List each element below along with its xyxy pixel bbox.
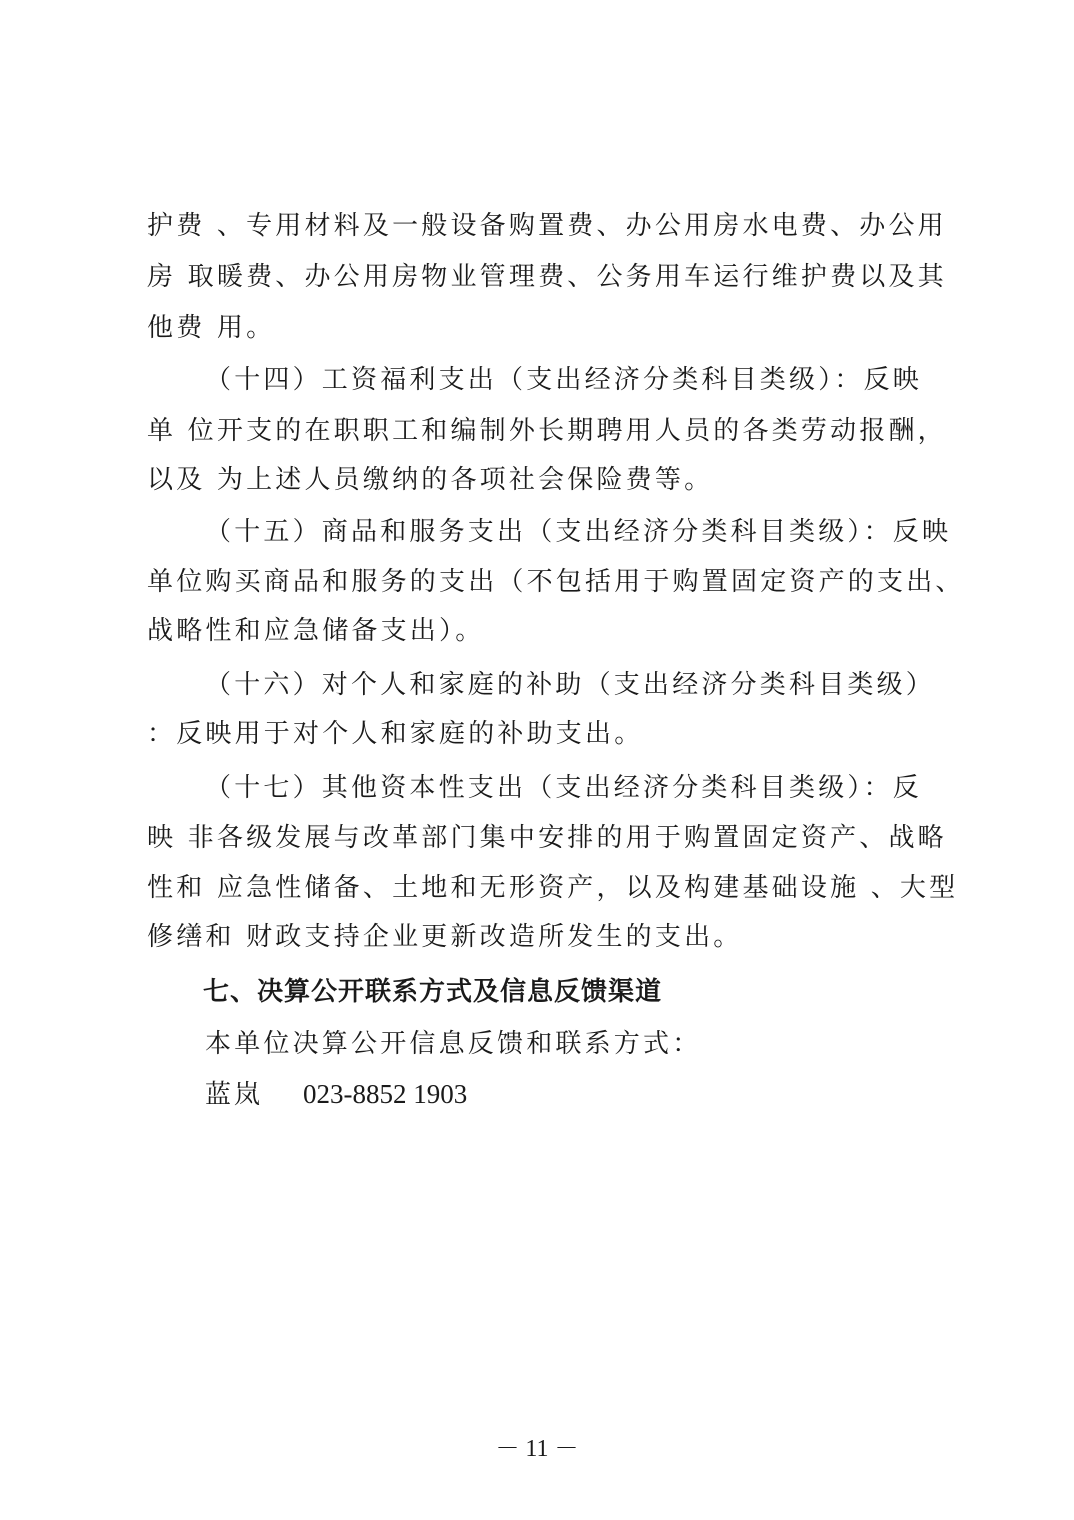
- paragraph-15-line-1: （十五）商品和服务支出（支出经济分类科目类级）：反映: [205, 515, 951, 549]
- paragraph-16-line-2: ：反映用于对个人和家庭的补助支出。: [147, 717, 643, 751]
- paragraph-13-line-1: 护费 、专用材料及一般设备购置费、办公用房水电费、办公用: [147, 209, 947, 243]
- paragraph-17-line-3: 性和 应急性储备、土地和无形资产，以及构建基础设施 、大型: [147, 871, 958, 905]
- paragraph-14-line-2: 单 位开支的在职职工和编制外长期聘用人员的各类劳动报酬，: [147, 414, 947, 448]
- contact-name: 蓝岚: [205, 1080, 263, 1110]
- paragraph-16-line-1: （十六）对个人和家庭的补助（支出经济分类科目类级）: [205, 668, 935, 702]
- paragraph-15-line-2: 单位购买商品和服务的支出（不包括用于购置固定资产的支出、: [147, 565, 965, 599]
- section-7-heading: 七、决算公开联系方式及信息反馈渠道: [203, 975, 662, 1009]
- page-number: － 11 －: [0, 1428, 1074, 1463]
- paragraph-15-line-3: 战略性和应急储备支出）。: [147, 614, 484, 648]
- paragraph-14-line-3: 以及 为上述人员缴纳的各项社会保险费等。: [147, 463, 713, 497]
- document-page: 护费 、专用材料及一般设备购置费、办公用房水电费、办公用 房 取暖费、办公用房物…: [0, 0, 1074, 1520]
- contact-phone: 023-8852 1903: [303, 1079, 467, 1109]
- contact-line: 蓝岚023-8852 1903: [205, 1077, 467, 1112]
- paragraph-17-line-1: （十七）其他资本性支出（支出经济分类科目类级）：反: [205, 771, 922, 805]
- paragraph-17-line-2: 映 非各级发展与改革部门集中安排的用于购置固定资产、战略: [147, 821, 947, 855]
- paragraph-13-line-3: 他费 用。: [147, 311, 275, 345]
- paragraph-14-line-1: （十四）工资福利支出（支出经济分类科目类级）：反映: [205, 363, 922, 397]
- paragraph-17-line-4: 修缮和 财政支持企业更新改造所发生的支出。: [147, 920, 742, 954]
- paragraph-13-line-2: 房 取暖费、办公用房物业管理费、公务用车运行维护费以及其: [147, 260, 947, 294]
- section-7-intro: 本单位决算公开信息反馈和联系方式：: [205, 1027, 701, 1061]
